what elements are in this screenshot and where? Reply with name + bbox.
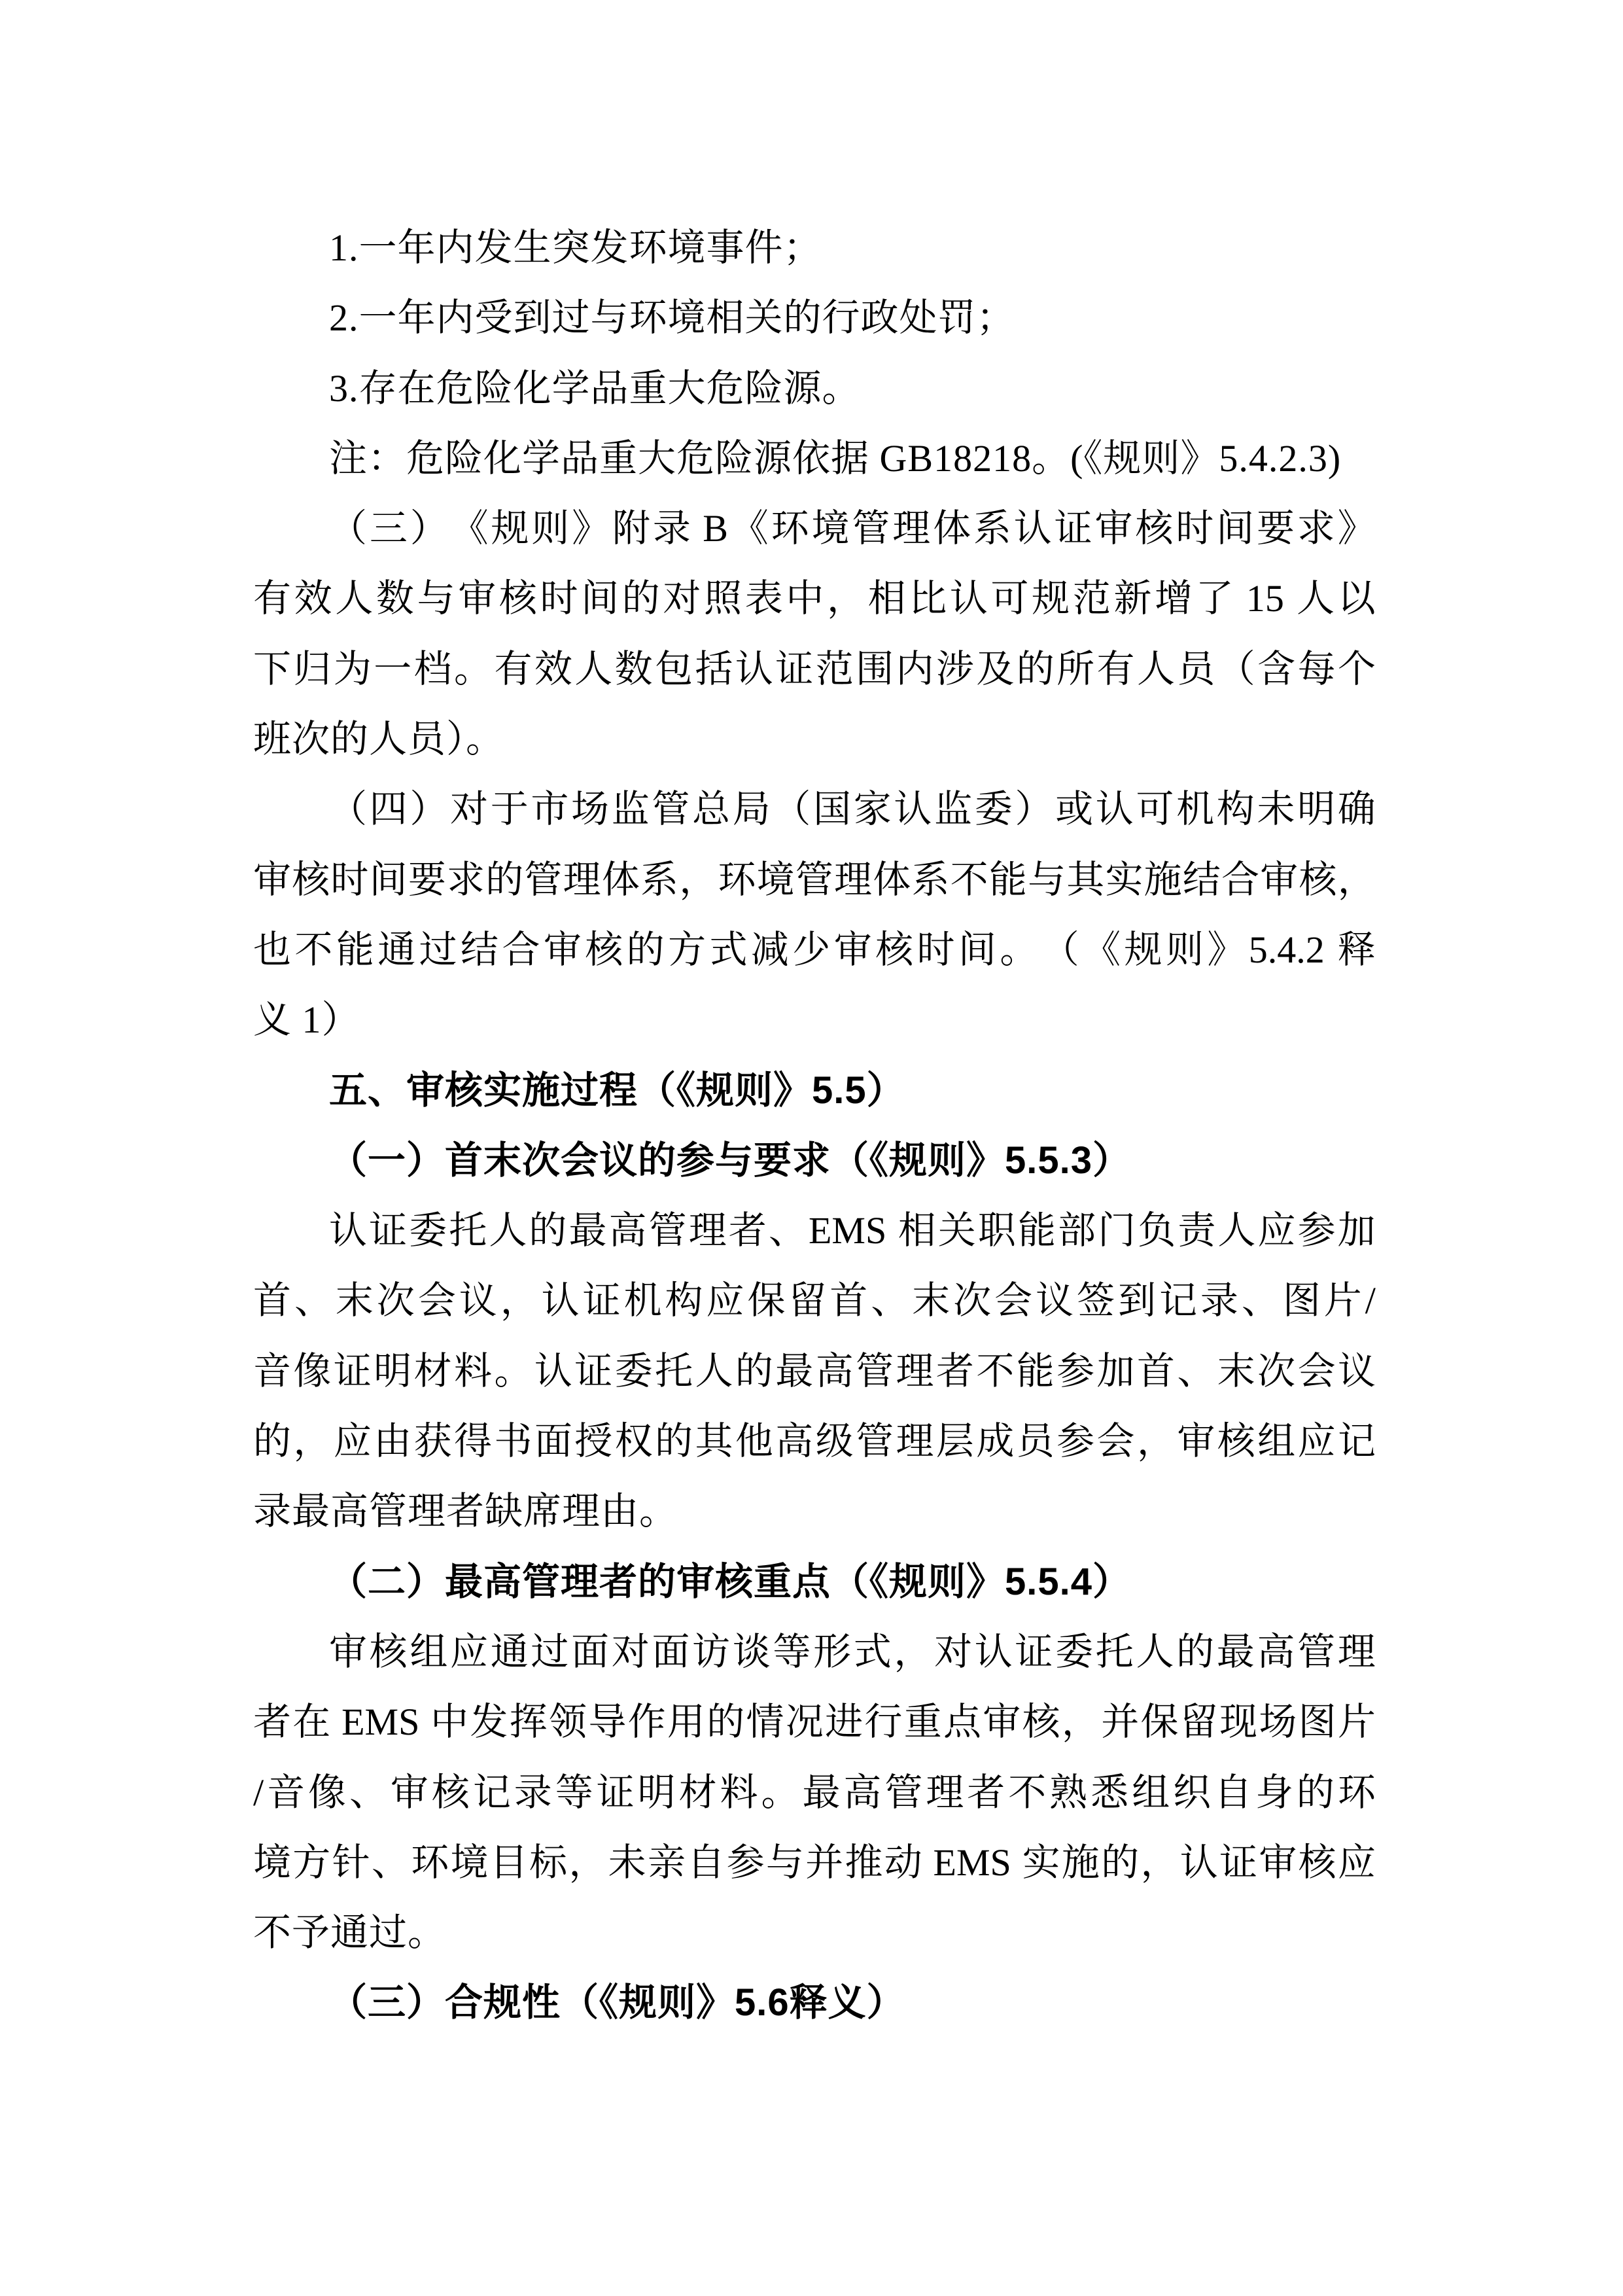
text-line: 的，应由获得书面授权的其他高级管理层成员参会，审核组应记 bbox=[253, 1406, 1376, 1476]
text-line: 境方针、环境目标，未亲自参与并推动 EMS 实施的，认证审核应 bbox=[253, 1828, 1376, 1898]
text-line: 认证委托人的最高管理者、EMS 相关职能部门负责人应参加 bbox=[253, 1195, 1376, 1265]
text-line: 也不能通过结合审核的方式减少审核时间。（《规则》5.4.2 释 bbox=[253, 915, 1376, 985]
document-body: 1.一年内发生突发环境事件；2.一年内受到过与环境相关的行政处罚；3.存在危险化… bbox=[253, 213, 1376, 2038]
text-line: （三）《规则》附录 B《环境管理体系认证审核时间要求》 bbox=[253, 493, 1376, 563]
text-line: 2.一年内受到过与环境相关的行政处罚； bbox=[253, 283, 1376, 353]
text-line: 音像证明材料。认证委托人的最高管理者不能参加首、末次会议 bbox=[253, 1336, 1376, 1406]
text-line: 首、末次会议，认证机构应保留首、末次会议签到记录、图片/ bbox=[253, 1265, 1376, 1335]
document-page: 1.一年内发生突发环境事件；2.一年内受到过与环境相关的行政处罚；3.存在危险化… bbox=[0, 0, 1623, 2296]
text-line: 有效人数与审核时间的对照表中，相比认可规范新增了 15 人以 bbox=[253, 563, 1376, 633]
text-line: 不予通过。 bbox=[253, 1898, 1376, 1968]
text-line: 下归为一档。有效人数包括认证范围内涉及的所有人员（含每个 bbox=[253, 634, 1376, 704]
text-line: 录最高管理者缺席理由。 bbox=[253, 1476, 1376, 1546]
text-line: 者在 EMS 中发挥领导作用的情况进行重点审核，并保留现场图片 bbox=[253, 1687, 1376, 1757]
text-line: 注：危险化学品重大危险源依据 GB18218。(《规则》5.4.2.3) bbox=[253, 423, 1376, 493]
text-line: /音像、审核记录等证明材料。最高管理者不熟悉组织自身的环 bbox=[253, 1757, 1376, 1828]
text-line: 义 1） bbox=[253, 985, 1376, 1055]
text-line: 审核组应通过面对面访谈等形式，对认证委托人的最高管理 bbox=[253, 1617, 1376, 1687]
text-line: （四）对于市场监管总局（国家认监委）或认可机构未明确 bbox=[253, 774, 1376, 844]
section-heading-line: 五、审核实施过程（《规则》5.5） bbox=[253, 1055, 1376, 1125]
text-line: 3.存在危险化学品重大危险源。 bbox=[253, 353, 1376, 423]
text-line: 1.一年内发生突发环境事件； bbox=[253, 213, 1376, 283]
text-line: 审核时间要求的管理体系，环境管理体系不能与其实施结合审核， bbox=[253, 845, 1376, 915]
section-heading-line: （一）首末次会议的参与要求（《规则》5.5.3） bbox=[253, 1125, 1376, 1195]
section-heading-line: （二）最高管理者的审核重点（《规则》5.5.4） bbox=[253, 1547, 1376, 1617]
section-heading-line: （三）合规性（《规则》5.6释义） bbox=[253, 1968, 1376, 2038]
text-line: 班次的人员）。 bbox=[253, 704, 1376, 774]
